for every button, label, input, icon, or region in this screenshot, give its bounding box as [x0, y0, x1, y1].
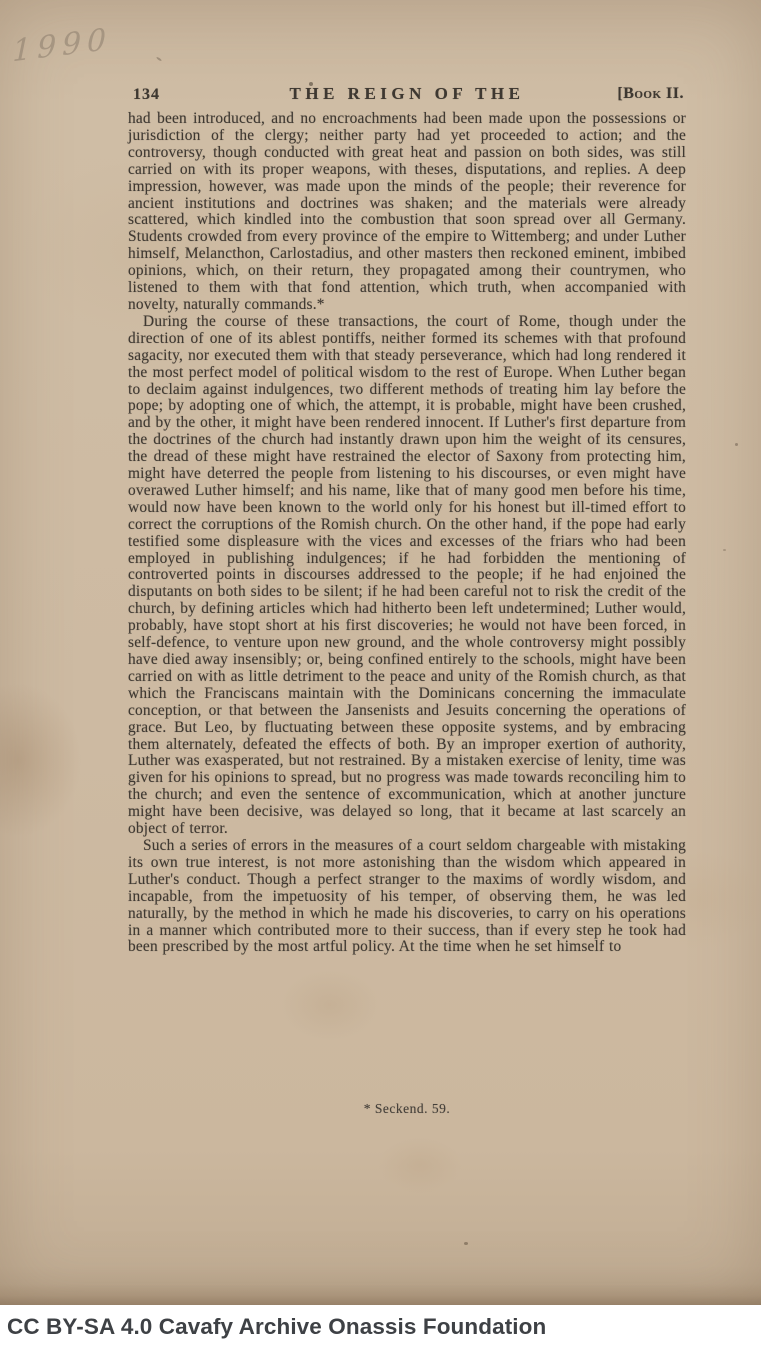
license-caption-text: CC BY-SA 4.0 Cavafy Archive Onassis Foun… [0, 1314, 546, 1340]
ink-speck [309, 82, 313, 86]
ink-speck [735, 443, 738, 446]
running-title: THE REIGN OF THE [128, 84, 686, 104]
book-label: [Book II. [617, 85, 684, 103]
ink-speck [156, 56, 162, 61]
page-bottom-edge-shadow [0, 1284, 761, 1305]
ink-speck [464, 1242, 468, 1245]
paragraph-2: During the course of these transactions,… [128, 314, 686, 838]
ink-speck [723, 549, 726, 551]
handwritten-year-note: 1990 [12, 22, 112, 70]
paragraph-3: Such a series of errors in the measures … [128, 838, 686, 956]
license-caption-band: CC BY-SA 4.0 Cavafy Archive Onassis Foun… [0, 1305, 761, 1348]
book-page-scan: 1990 134 THE REIGN OF THE [Book II. had … [0, 0, 761, 1305]
body-text: had been introduced, and no encroachment… [128, 111, 686, 956]
footnote: * Seckend. 59. [128, 1101, 686, 1117]
paragraph-1: had been introduced, and no encroachment… [128, 111, 686, 314]
page-header: 134 THE REIGN OF THE [Book II. [128, 84, 686, 106]
